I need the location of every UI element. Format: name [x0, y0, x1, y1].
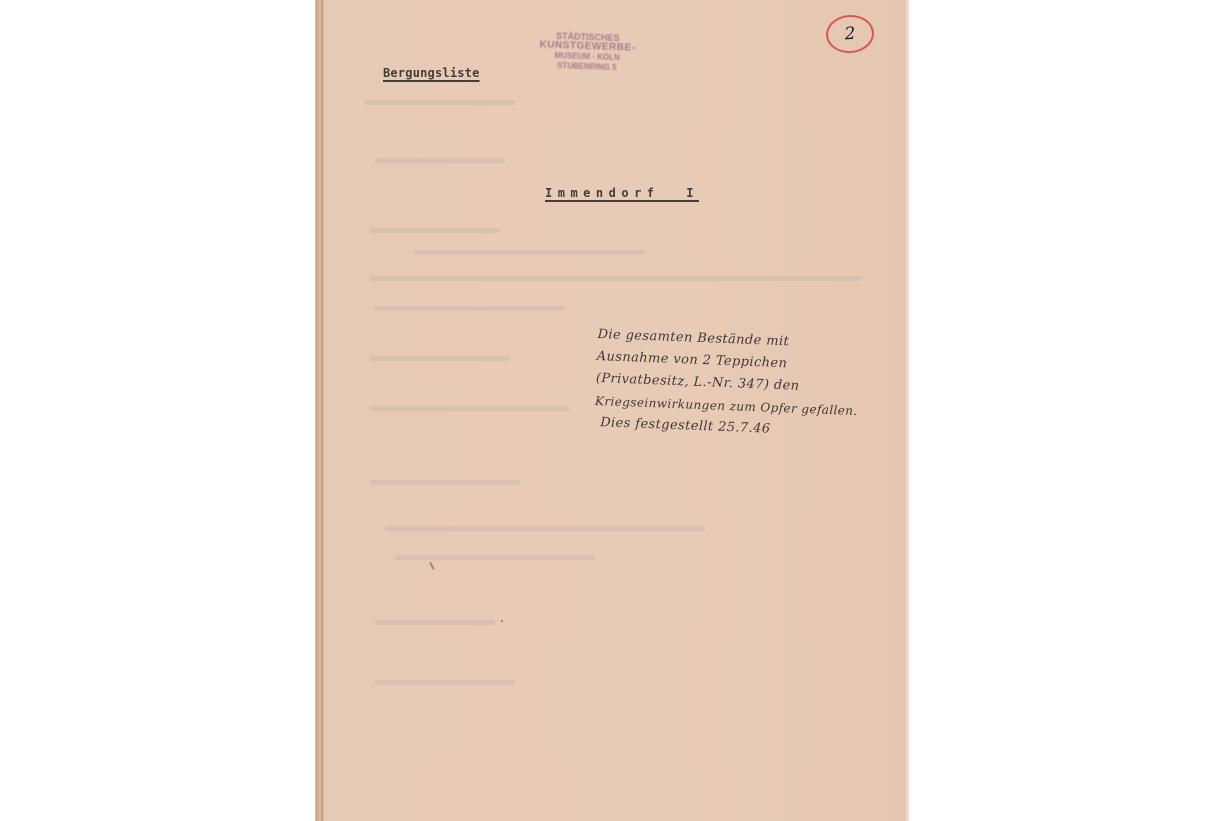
show-through-line — [375, 158, 505, 163]
show-through-line — [365, 100, 515, 105]
show-through-line — [375, 306, 565, 311]
show-through-line — [370, 276, 860, 281]
document-page: STÄDTISCHES KUNSTGEWERBE- MUSEUM · KÖLN … — [315, 0, 909, 821]
place-title: Immendorf I — [545, 186, 699, 200]
show-through-line — [395, 555, 595, 560]
show-through-line — [370, 356, 510, 361]
show-through-line — [370, 480, 520, 485]
list-title: Bergungsliste — [383, 66, 480, 80]
page-number-circle: 2 — [825, 13, 876, 54]
paper-speck — [501, 620, 503, 622]
museum-stamp: STÄDTISCHES KUNSTGEWERBE- MUSEUM · KÖLN … — [526, 30, 648, 92]
show-through-line — [375, 620, 495, 625]
page-number: 2 — [844, 24, 856, 45]
show-through-line — [375, 680, 515, 685]
handwritten-note: Die gesamten Bestände mit Ausnahme von 2… — [594, 324, 898, 445]
show-through-line — [370, 406, 570, 411]
show-through-line — [385, 526, 705, 531]
show-through-line — [370, 228, 500, 233]
show-through-line — [415, 250, 645, 255]
paper-speck — [429, 562, 435, 570]
